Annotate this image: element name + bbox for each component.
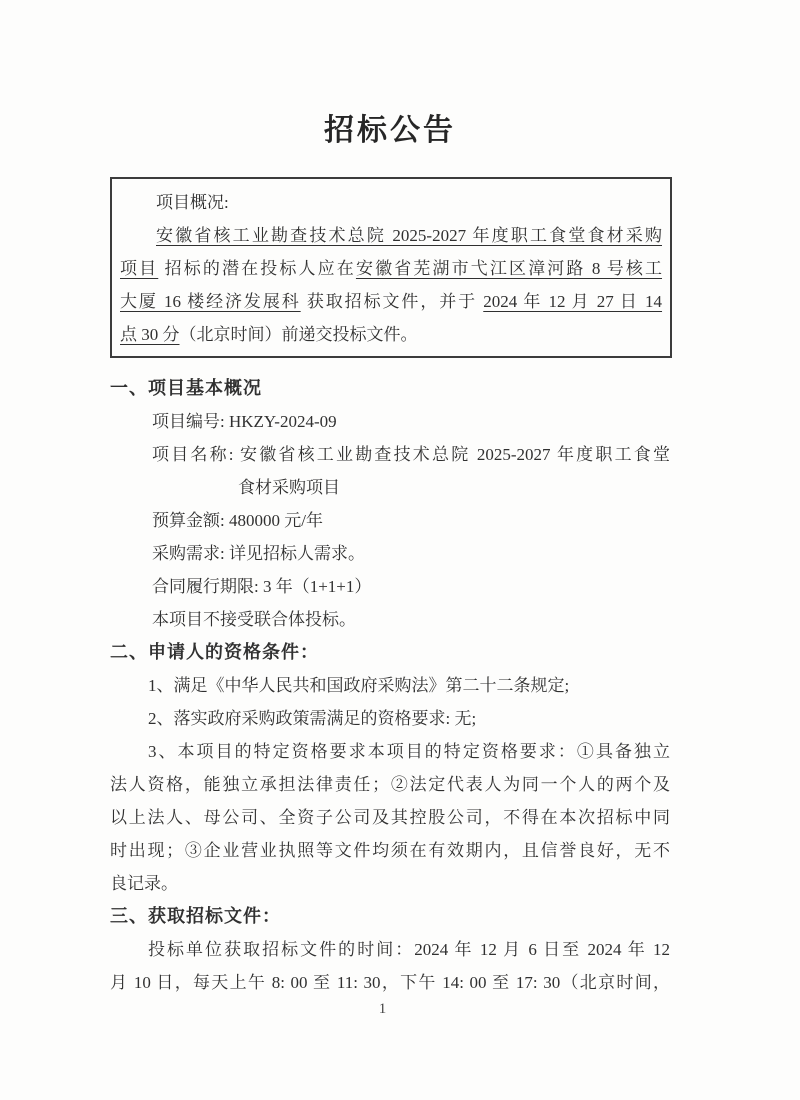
doc-line: 项目编号: HKZY-2024-09 (110, 405, 670, 438)
doc-line: 预算金额: 480000 元/年 (110, 504, 670, 537)
doc-line: 法人资格，能独立承担法律责任；②法定代表人为同一个人的两个及 (110, 768, 670, 801)
text-segment: 一、项目基本概况 (110, 378, 262, 398)
underlined-text: 安徽省核工业勘查技术总院 2025-2027 年度职工食堂食材采购 (156, 226, 662, 245)
text-segment: 二、申请人的资格条件： (110, 642, 319, 662)
section-heading: 一、项目基本概况 (110, 372, 670, 405)
section-heading: 二、申请人的资格条件： (110, 636, 670, 669)
underlined-text: 点 30 分 (120, 325, 180, 344)
text-segment: 获取招标文件，并于 (301, 292, 484, 311)
doc-line: 时出现；③企业营业执照等文件均须在有效期内，且信誉良好，无不 (110, 834, 670, 867)
text-segment: 项目名称: 安徽省核工业勘查技术总院 2025-2027 年度职工食堂 (152, 445, 670, 464)
text-segment: 良记录。 (110, 874, 178, 893)
text-segment: 项目编号: HKZY-2024-09 (152, 412, 337, 431)
underlined-text: 安徽省芜湖市弋江区漳河路 8 号核工 (356, 259, 662, 278)
text-segment: 项目概况: (156, 193, 229, 212)
document-body: 一、项目基本概况项目编号: HKZY-2024-09项目名称: 安徽省核工业勘查… (110, 372, 670, 999)
doc-line: 项目 招标的潜在投标人应在安徽省芜湖市弋江区漳河路 8 号核工 (120, 252, 662, 285)
doc-line: 项目名称: 安徽省核工业勘查技术总院 2025-2027 年度职工食堂 (110, 438, 670, 471)
document-title: 招标公告 (110, 105, 670, 149)
doc-line: 本项目不接受联合体投标。 (110, 603, 670, 636)
project-overview-box: 项目概况:安徽省核工业勘查技术总院 2025-2027 年度职工食堂食材采购项目… (110, 177, 672, 358)
text-segment: 采购需求: 详见招标人需求。 (152, 544, 365, 563)
doc-line: 食材采购项目 (110, 471, 670, 504)
text-segment: 食材采购项目 (238, 478, 340, 497)
doc-line: 采购需求: 详见招标人需求。 (110, 537, 670, 570)
doc-line: 良记录。 (110, 867, 670, 900)
scanned-document-page: 招标公告 项目概况:安徽省核工业勘查技术总院 2025-2027 年度职工食堂食… (0, 0, 800, 1100)
section-heading: 三、获取招标文件： (110, 900, 670, 933)
text-segment: 2、落实政府采购政策需满足的资格要求: 无; (148, 709, 476, 728)
page-number: 1 (110, 1001, 655, 1018)
text-segment: 时出现；③企业营业执照等文件均须在有效期内，且信誉良好，无不 (110, 841, 670, 860)
doc-line: 大厦 16 楼经济发展科 获取招标文件，并于 2024 年 12 月 27 日 … (120, 285, 662, 318)
text-segment: 本项目不接受联合体投标。 (152, 610, 356, 629)
text-segment: 以上法人、母公司、全资子公司及其控股公司，不得在本次招标中同 (110, 808, 670, 827)
text-segment: （北京时间）前递交投标文件。 (180, 325, 418, 344)
underlined-text: 大厦 16 楼经济发展科 (120, 292, 301, 311)
doc-line: 2、落实政府采购政策需满足的资格要求: 无; (110, 702, 670, 735)
text-segment: 3、本项目的特定资格要求本项目的特定资格要求：①具备独立 (148, 742, 670, 761)
text-segment: 预算金额: 480000 元/年 (152, 511, 323, 530)
text-segment: 法人资格，能独立承担法律责任；②法定代表人为同一个人的两个及 (110, 775, 670, 794)
doc-line: 安徽省核工业勘查技术总院 2025-2027 年度职工食堂食材采购 (120, 219, 662, 252)
doc-line: 3、本项目的特定资格要求本项目的特定资格要求：①具备独立 (110, 735, 670, 768)
underlined-text: 项目 (120, 259, 158, 278)
doc-line: 1、满足《中华人民共和国政府采购法》第二十二条规定; (110, 669, 670, 702)
doc-line: 以上法人、母公司、全资子公司及其控股公司，不得在本次招标中同 (110, 801, 670, 834)
doc-line: 点 30 分（北京时间）前递交投标文件。 (120, 318, 662, 351)
text-segment: 投标单位获取招标文件的时间：2024 年 12 月 6 日至 2024 年 12 (148, 940, 670, 959)
underlined-text: 2024 年 12 月 27 日 14 (483, 292, 662, 311)
doc-line: 合同履行期限: 3 年（1+1+1） (110, 570, 670, 603)
text-segment: 月 10 日，每天上午 8: 00 至 11: 30，下午 14: 00 至 1… (110, 973, 670, 992)
text-segment: 三、获取招标文件： (110, 906, 281, 926)
doc-line: 月 10 日，每天上午 8: 00 至 11: 30，下午 14: 00 至 1… (110, 966, 670, 999)
text-segment: 1、满足《中华人民共和国政府采购法》第二十二条规定; (148, 676, 569, 695)
text-segment: 招标的潜在投标人应在 (158, 259, 356, 278)
doc-line: 投标单位获取招标文件的时间：2024 年 12 月 6 日至 2024 年 12 (110, 933, 670, 966)
text-segment: 合同履行期限: 3 年（1+1+1） (152, 577, 371, 596)
doc-line: 项目概况: (120, 186, 662, 219)
